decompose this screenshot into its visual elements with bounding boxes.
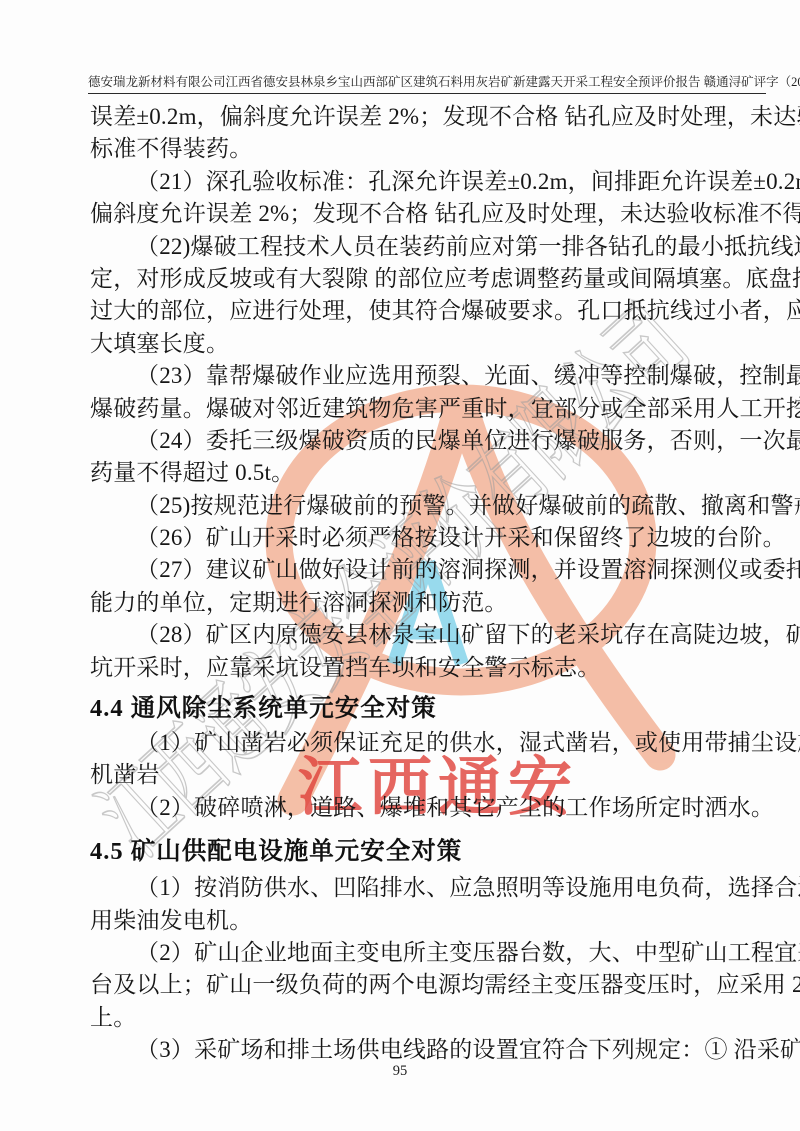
paragraph-line: 能力的单位，定期进行溶洞探测和防范。 xyxy=(90,587,772,619)
paragraph-line: （2）破碎喷淋，道路、爆堆和其它产尘的工作场所定时洒水。 xyxy=(90,792,772,824)
paragraph-line: 台及以上；矿山一级负荷的两个电源均需经主变压器变压时，应采用 2 台及以 xyxy=(90,969,772,1001)
document-page: 江西通安安全评价有限公司 江西通安 德安瑞龙新材料有限公司江西省德安县林泉乡宝山… xyxy=(0,0,800,1131)
page-header-title: 德安瑞龙新材料有限公司江西省德安县林泉乡宝山西部矿区建筑石料用灰岩矿新建露天开采… xyxy=(88,75,800,89)
paragraph-line: （28）矿区内原德安县林泉宝山矿留下的老采坑存在高陡边坡，矿山临 xyxy=(90,619,772,651)
paragraph-line: （1）矿山凿岩必须保证充足的供水，湿式凿岩，或使用带捕尘设施凿岩 xyxy=(90,727,772,759)
paragraph-line: 上。 xyxy=(90,1002,772,1034)
paragraph-line: 爆破药量。爆破对邻近建筑物危害严重时，宜部分或全部采用人工开挖方案。 xyxy=(90,393,772,425)
paragraph-line: （24）委托三级爆破资质的民爆单位进行爆破服务，否则，一次最大起爆 xyxy=(90,425,772,457)
paragraph-line: （22)爆破工程技术人员在装药前应对第一排各钻孔的最小抵抗线进行测 xyxy=(90,231,772,263)
paragraph-line: （3）采矿场和排土场供电线路的设置宜符合下列规定：① 沿采矿场边缘 xyxy=(90,1034,772,1066)
paragraph-line: （21）深孔验收标准：孔深允许误差±0.2m，间排距允许误差±0.2m， xyxy=(90,166,772,198)
paragraph-line: （1）按消防供水、凹陷排水、应急照明等设施用电负荷，选择合适的备 xyxy=(90,872,772,904)
paragraph-line: 用柴油发电机。 xyxy=(90,905,772,937)
paragraph-line: 定，对形成反坡或有大裂隙 的部位应考虑调整药量或间隔填塞。底盘抵抗线 xyxy=(90,263,772,295)
paragraph-line: 药量不得超过 0.5t。 xyxy=(90,457,772,489)
paragraph-line: 误差±0.2m，偏斜度允许误差 2%；发现不合格 钻孔应及时处理，未达验收 xyxy=(90,101,772,133)
paragraph-line: 过大的部位，应进行处理，使其符合爆破要求。孔口抵抗线过小者，应适当加 xyxy=(90,295,772,327)
section-heading-4-5: 4.5 矿山供配电设施单元安全对策 xyxy=(90,837,772,867)
paragraph-line: （23）靠帮爆破作业应选用预裂、光面、缓冲等控制爆破，控制最大段的 xyxy=(90,360,772,392)
paragraph-line: （27）建议矿山做好设计前的溶洞探测，并设置溶洞探测仪或委托有探测 xyxy=(90,554,772,586)
paragraph-line: 标准不得装药。 xyxy=(90,133,772,165)
document-body: 误差±0.2m，偏斜度允许误差 2%；发现不合格 钻孔应及时处理，未达验收 标准… xyxy=(90,101,772,1067)
paragraph-line: （2）矿山企业地面主变电所主变压器台数，大、中型矿山工程宜采用 2 xyxy=(90,937,772,969)
paragraph-line: 偏斜度允许误差 2%；发现不合格 钻孔应及时处理，未达验收标准不得装药。 xyxy=(90,198,772,230)
paragraph-line: 大填塞长度。 xyxy=(90,328,772,360)
paragraph-line: （25)按规范进行爆破前的预警。并做好爆破前的疏散、撤离和警戒工作。 xyxy=(90,490,772,522)
paragraph-line: （26）矿山开采时必须严格按设计开采和保留终了边坡的台阶。 xyxy=(90,522,772,554)
page-header: 德安瑞龙新材料有限公司江西省德安县林泉乡宝山西部矿区建筑石料用灰岩矿新建露天开采… xyxy=(88,72,766,94)
paragraph-line: 机凿岩 xyxy=(90,759,772,791)
paragraph-line: 坑开采时，应靠采坑设置挡车坝和安全警示标志。 xyxy=(90,652,772,684)
section-heading-4-4: 4.4 通风除尘系统单元安全对策 xyxy=(90,694,772,724)
page-number: 95 xyxy=(0,1063,800,1080)
